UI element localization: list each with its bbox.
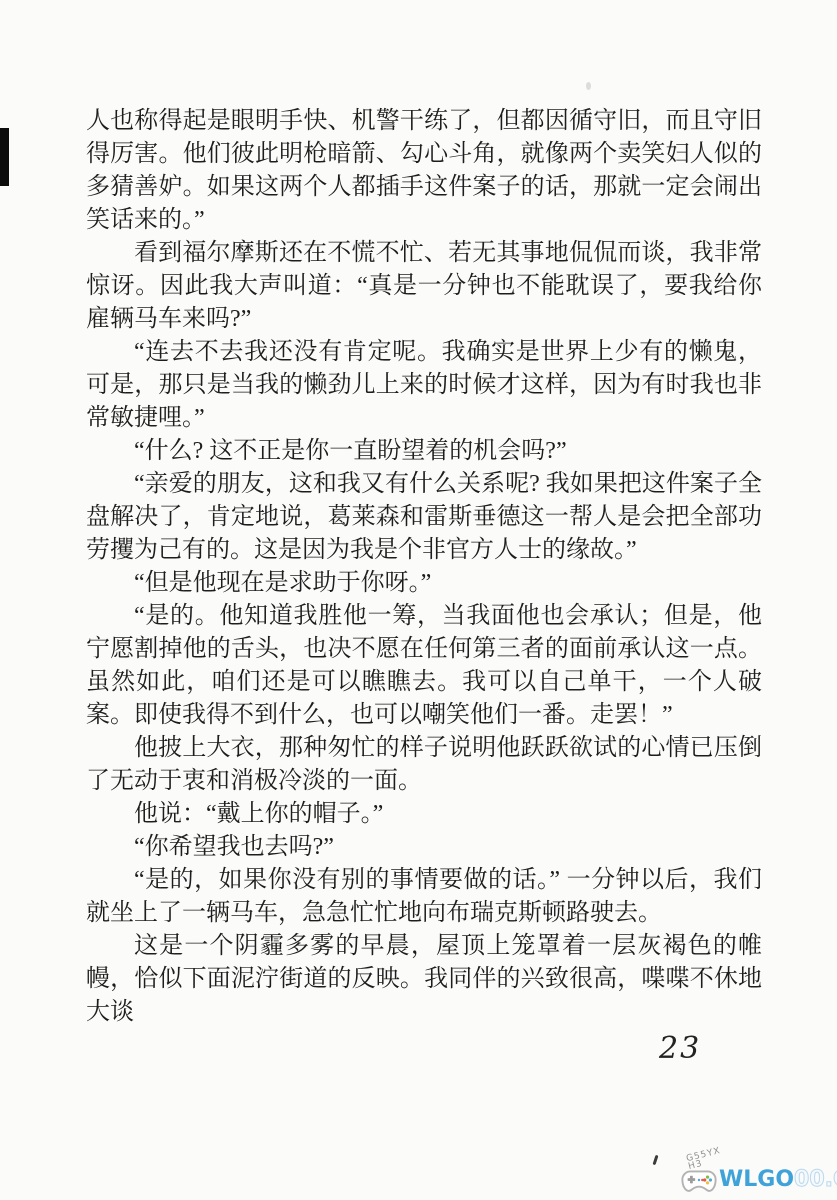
paragraph: 他说：“戴上你的帽子。” — [86, 798, 762, 831]
paragraph: “你希望我也去吗?” — [86, 831, 762, 864]
watermark-brand-secondary: 00.COM — [794, 1167, 837, 1192]
book-page: 人也称得起是眼明手快、机警干练了，但都因循守旧，而且守旧得厉害。他们彼此明枪暗箭… — [0, 0, 837, 1200]
paragraph: 人也称得起是眼明手快、机警干练了，但都因循守旧，而且守旧得厉害。他们彼此明枪暗箭… — [86, 105, 762, 237]
paragraph: “但是他现在是求助于你呀。” — [86, 567, 762, 600]
page-number: 23 — [659, 1031, 701, 1066]
paragraph: 这是一个阴霾多雾的早晨，屋顶上笼罩着一层灰褐色的帷幔，恰似下面泥泞街道的反映。我… — [86, 930, 762, 1029]
scan-speck — [586, 82, 591, 90]
paragraph: 他披上大衣，那种匆忙的样子说明他跃跃欲试的心情已压倒了无动于衷和消极冷淡的一面。 — [86, 732, 762, 798]
watermark-brand-primary: WLGO — [719, 1167, 794, 1192]
text-block: 人也称得起是眼明手快、机警干练了，但都因循守旧，而且守旧得厉害。他们彼此明枪暗箭… — [86, 105, 762, 1029]
game-controller-icon — [680, 1165, 718, 1195]
paragraph: “什么? 这不正是你一直盼望着的机会吗?” — [86, 435, 762, 468]
paragraph: “是的，如果你没有别的事情要做的话。” 一分钟以后，我们就坐上了一辆马车，急急忙… — [86, 864, 762, 930]
paragraph: “亲爱的朋友，这和我又有什么关系呢? 我如果把这件案子全盘解决了，肯定地说，葛莱… — [86, 468, 762, 567]
stray-ink-mark — [653, 1155, 659, 1165]
paragraph: “是的。他知道我胜他一筹，当我面他也会承认；但是，他宁愿割掉他的舌头，也决不愿在… — [86, 600, 762, 732]
paragraph: “连去不去我还没有肯定呢。我确实是世界上少有的懒鬼，可是，那只是当我的懒劲儿上来… — [86, 336, 762, 435]
watermark-brand: WLGO00.COM — [719, 1169, 837, 1191]
scan-artifact-bar — [0, 128, 9, 186]
paragraph: 看到福尔摩斯还在不慌不忙、若无其事地侃侃而谈，我非常惊讶。因此我大声叫道：“真是… — [86, 237, 762, 336]
watermark: WLGO00.COM — [680, 1165, 837, 1195]
